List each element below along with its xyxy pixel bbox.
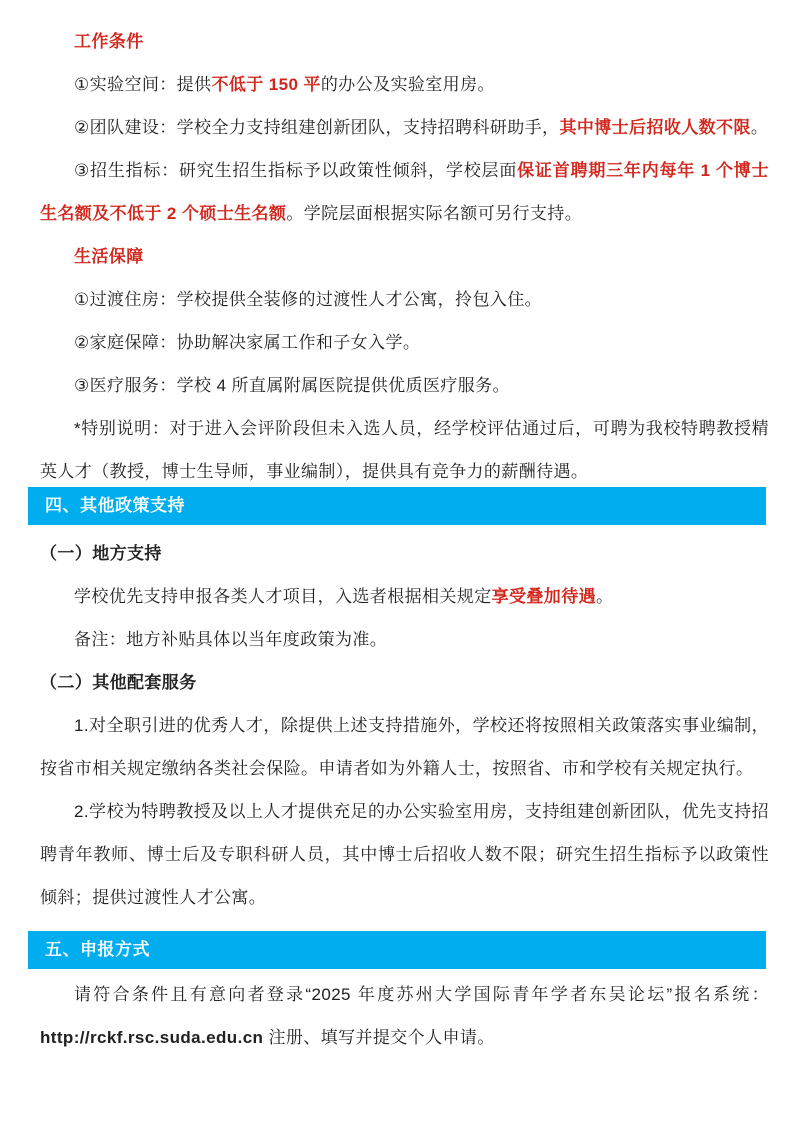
text-run: 注册、填写并提交个人申请。 xyxy=(263,1028,494,1047)
application-system-url[interactable]: http://rckf.rsc.suda.edu.cn xyxy=(40,1028,263,1047)
highlight-text: 不低于 150 平 xyxy=(211,75,320,94)
document-page: 工作条件 ①实验空间：提供不低于 150 平的办公及实验室用房。 ②团队建设：学… xyxy=(0,0,799,1131)
work-conditions-heading: 工作条件 xyxy=(40,20,769,63)
other-services-item-2: 2.学校为特聘教授及以上人才提供充足的办公实验室用房，支持组建创新团队，优先支持… xyxy=(40,790,769,919)
living-support-item-medical: ③医疗服务：学校 4 所直属附属医院提供优质医疗服务。 xyxy=(40,364,769,407)
text-run: 。 xyxy=(596,587,613,606)
local-support-item: 学校优先支持申报各类人才项目，入选者根据相关规定享受叠加待遇。 xyxy=(40,575,769,618)
text-run: ②团队建设：学校全力支持组建创新团队，支持招聘科研助手， xyxy=(74,118,559,137)
application-instructions: 请符合条件且有意向者登录“2025 年度苏州大学国际青年学者东吴论坛”报名系统：… xyxy=(40,973,769,1059)
text-run: ①实验空间：提供 xyxy=(74,75,211,94)
text-run: 的办公及实验室用房。 xyxy=(321,75,495,94)
subsection-heading-local-support: （一）地方支持 xyxy=(40,532,769,575)
section-banner-application-method: 五、申报方式 xyxy=(28,931,766,969)
highlight-text: 其中博士后招收人数不限 xyxy=(559,118,750,137)
text-run: 请符合条件且有意向者登录“2025 年度苏州大学国际青年学者东吴论坛”报名系统： xyxy=(74,985,769,1004)
highlight-text: 享受叠加待遇 xyxy=(492,587,596,606)
subsection-heading-other-services: （二）其他配套服务 xyxy=(40,661,769,704)
work-conditions-item-lab-space: ①实验空间：提供不低于 150 平的办公及实验室用房。 xyxy=(40,63,769,106)
local-support-note: 备注：地方补贴具体以当年度政策为准。 xyxy=(40,618,769,661)
work-conditions-item-team-building: ②团队建设：学校全力支持组建创新团队，支持招聘科研助手，其中博士后招收人数不限。 xyxy=(40,106,769,149)
text-run: 学校优先支持申报各类人才项目，入选者根据相关规定 xyxy=(74,587,492,606)
text-run: 。学院层面根据实际名额可另行支持。 xyxy=(286,204,582,223)
living-support-heading: 生活保障 xyxy=(40,235,769,278)
living-support-item-housing: ①过渡住房：学校提供全装修的过渡性人才公寓，拎包入住。 xyxy=(40,278,769,321)
text-run: ③招生指标：研究生招生指标予以政策性倾斜，学校层面 xyxy=(74,161,517,180)
special-note: *特别说明：对于进入会评阶段但未入选人员，经学校评估通过后，可聘为我校特聘教授精… xyxy=(40,407,769,493)
living-support-item-family: ②家庭保障：协助解决家属工作和子女入学。 xyxy=(40,321,769,364)
text-run: 。 xyxy=(751,118,768,137)
other-services-item-1: 1.对全职引进的优秀人才，除提供上述支持措施外，学校还将按照相关政策落实事业编制… xyxy=(40,704,769,790)
work-conditions-item-enrollment-quota: ③招生指标：研究生招生指标予以政策性倾斜，学校层面保证首聘期三年内每年 1 个博… xyxy=(40,149,769,235)
